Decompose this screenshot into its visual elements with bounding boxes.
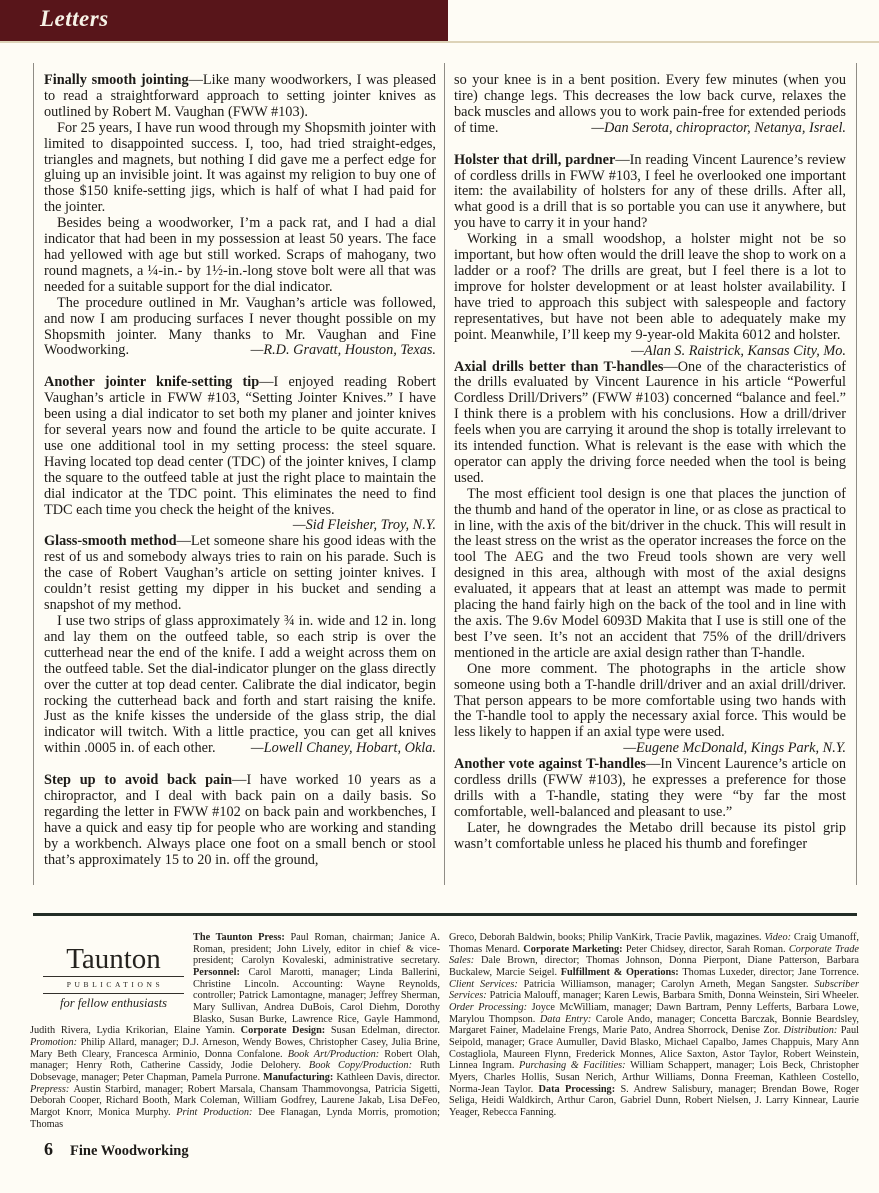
masthead-names-text: Thomas Luxeder, director; Jane Torrence. [682, 967, 859, 978]
masthead-department-label: Print Production: [176, 1107, 258, 1118]
page-footer: 6Fine Woodworking [44, 1139, 189, 1160]
letter: Finally smooth jointing—Like many woodwo… [44, 73, 436, 359]
taunton-logo-tagline: for fellow enthusiasts [43, 998, 184, 1010]
letter-heading: Holster that drill, pardner [454, 152, 615, 168]
masthead-department-label: Book Copy/Production: [309, 1060, 420, 1071]
masthead-department-label: Video: [764, 932, 793, 943]
masthead-column-left: Taunton PUBLICATIONS for fellow enthusia… [30, 932, 440, 1130]
letter-paragraph: Later, he downgrades the Metabo drill be… [454, 821, 846, 853]
page-number: 6 [44, 1139, 53, 1159]
letter: Another vote against T-handles—In Vincen… [454, 757, 846, 852]
masthead-department-label: Distribution: [784, 1025, 841, 1036]
masthead-department-label: Fulfillment & Operations: [561, 967, 683, 978]
masthead-department-label: Order Processing: [449, 1002, 532, 1013]
letter-signature: —R.D. Gravatt, Houston, Texas. [238, 343, 436, 359]
letter-first-paragraph: Glass-smooth method—Let someone share hi… [44, 534, 436, 614]
letters-columns: Finally smooth jointing—Like many woodwo… [33, 63, 857, 885]
letter: so your knee is in a bent position. Ever… [454, 73, 846, 137]
letter-first-paragraph: Another jointer knife-setting tip—I enjo… [44, 375, 436, 518]
magazine-page: Letters Finally smooth jointing—Like man… [0, 0, 879, 1193]
letter-heading: Axial drills better than T-handles [454, 359, 663, 375]
letter-heading: Step up to avoid back pain [44, 772, 232, 788]
masthead-department-label: Book Art/Production: [288, 1049, 385, 1060]
masthead-department-label: Manufacturing: [263, 1072, 336, 1083]
masthead-names-text: Kathleen Davis, director. [336, 1072, 440, 1083]
letter-paragraph: The procedure outlined in Mr. Vaughan’s … [44, 296, 436, 360]
letter-signature: —Lowell Chaney, Hobart, Okla. [238, 741, 436, 757]
header-rule [0, 41, 879, 43]
masthead-department-label: Prepress: [30, 1084, 73, 1095]
masthead-names-text: Susan Edelman, director. [331, 1025, 440, 1036]
letter-heading: Glass-smooth method [44, 533, 177, 549]
letter: Holster that drill, pardner—In reading V… [454, 153, 846, 344]
letter-first-paragraph: Holster that drill, pardner—In reading V… [454, 153, 846, 233]
letter-first-paragraph: Axial drills better than T-handles—One o… [454, 360, 846, 487]
masthead-department-label: Client Services: [449, 979, 524, 990]
letter-first-paragraph: Finally smooth jointing—Like many woodwo… [44, 73, 436, 121]
letter-first-paragraph: so your knee is in a bent position. Ever… [454, 73, 846, 137]
masthead-names-text: Greco, Deborah Baldwin, books; Philip Va… [449, 932, 764, 943]
masthead-names-text: Peter Chidsey, director, Sarah Roman. [626, 944, 789, 955]
letter: Step up to avoid back pain—I have worked… [44, 773, 436, 868]
letter-paragraph: One more comment. The photographs in the… [454, 662, 846, 742]
taunton-logo-publications: PUBLICATIONS [43, 976, 184, 994]
masthead-divider-rule [33, 913, 857, 916]
masthead-department-label: Data Entry: [540, 1014, 596, 1025]
masthead-department-label: Corporate Marketing: [523, 944, 626, 955]
letter-paragraph: Working in a small woodshop, a holster m… [454, 232, 846, 343]
letter-first-paragraph: Step up to avoid back pain—I have worked… [44, 773, 436, 868]
masthead-column-right: Greco, Deborah Baldwin, books; Philip Va… [449, 932, 859, 1130]
taunton-logo-wordmark: Taunton [43, 945, 184, 974]
letter-paragraph: The most efficient tool design is one th… [454, 487, 846, 662]
letter-first-paragraph: Another vote against T-handles—In Vincen… [454, 757, 846, 821]
section-header-bar: Letters [0, 0, 448, 41]
letter: Glass-smooth method—Let someone share hi… [44, 534, 436, 757]
letter-signature: —Alan S. Raistrick, Kansas City, Mo. [618, 344, 846, 360]
letter-paragraph: For 25 years, I have run wood through my… [44, 121, 436, 216]
letter-heading: Another vote against T-handles [454, 756, 646, 772]
letter-signature: —Eugene McDonald, Kings Park, N.Y. [610, 741, 846, 757]
masthead-department-label: Data Processing: [539, 1084, 621, 1095]
letter: Axial drills better than T-handles—One o… [454, 360, 846, 742]
masthead-department-label: Purchasing & Facilities: [519, 1060, 630, 1071]
letter-signature: —Dan Serota, chiropractor, Netanya, Isra… [591, 121, 846, 137]
letter-heading: Another jointer knife-setting tip [44, 374, 259, 390]
letter-heading: Finally smooth jointing [44, 72, 189, 88]
section-title: Letters [0, 0, 448, 32]
taunton-logo: Taunton PUBLICATIONS for fellow enthusia… [43, 932, 184, 1014]
letter: Another jointer knife-setting tip—I enjo… [44, 375, 436, 518]
masthead-names-text: Patricia Williamson, manager; Carolyn Ar… [524, 979, 815, 990]
masthead-department-label: Personnel: [193, 967, 248, 978]
magazine-title: Fine Woodworking [70, 1143, 189, 1159]
letter-paragraph: I use two strips of glass approximately … [44, 614, 436, 757]
letter-paragraph: Besides being a woodworker, I’m a pack r… [44, 216, 436, 296]
letter-signature: —Sid Fleisher, Troy, N.Y. [293, 518, 436, 534]
letters-column-left: Finally smooth jointing—Like many woodwo… [33, 63, 445, 885]
masthead-department-label: Corporate Design: [241, 1025, 331, 1036]
masthead-names-text: Patricia Malouff, manager; Karen Lewis, … [490, 990, 859, 1001]
masthead-department-label: Promotion: [30, 1037, 81, 1048]
masthead: Taunton PUBLICATIONS for fellow enthusia… [30, 932, 859, 1130]
letters-column-right: so your knee is in a bent position. Ever… [445, 63, 857, 885]
masthead-department-label: The Taunton Press: [193, 932, 290, 943]
